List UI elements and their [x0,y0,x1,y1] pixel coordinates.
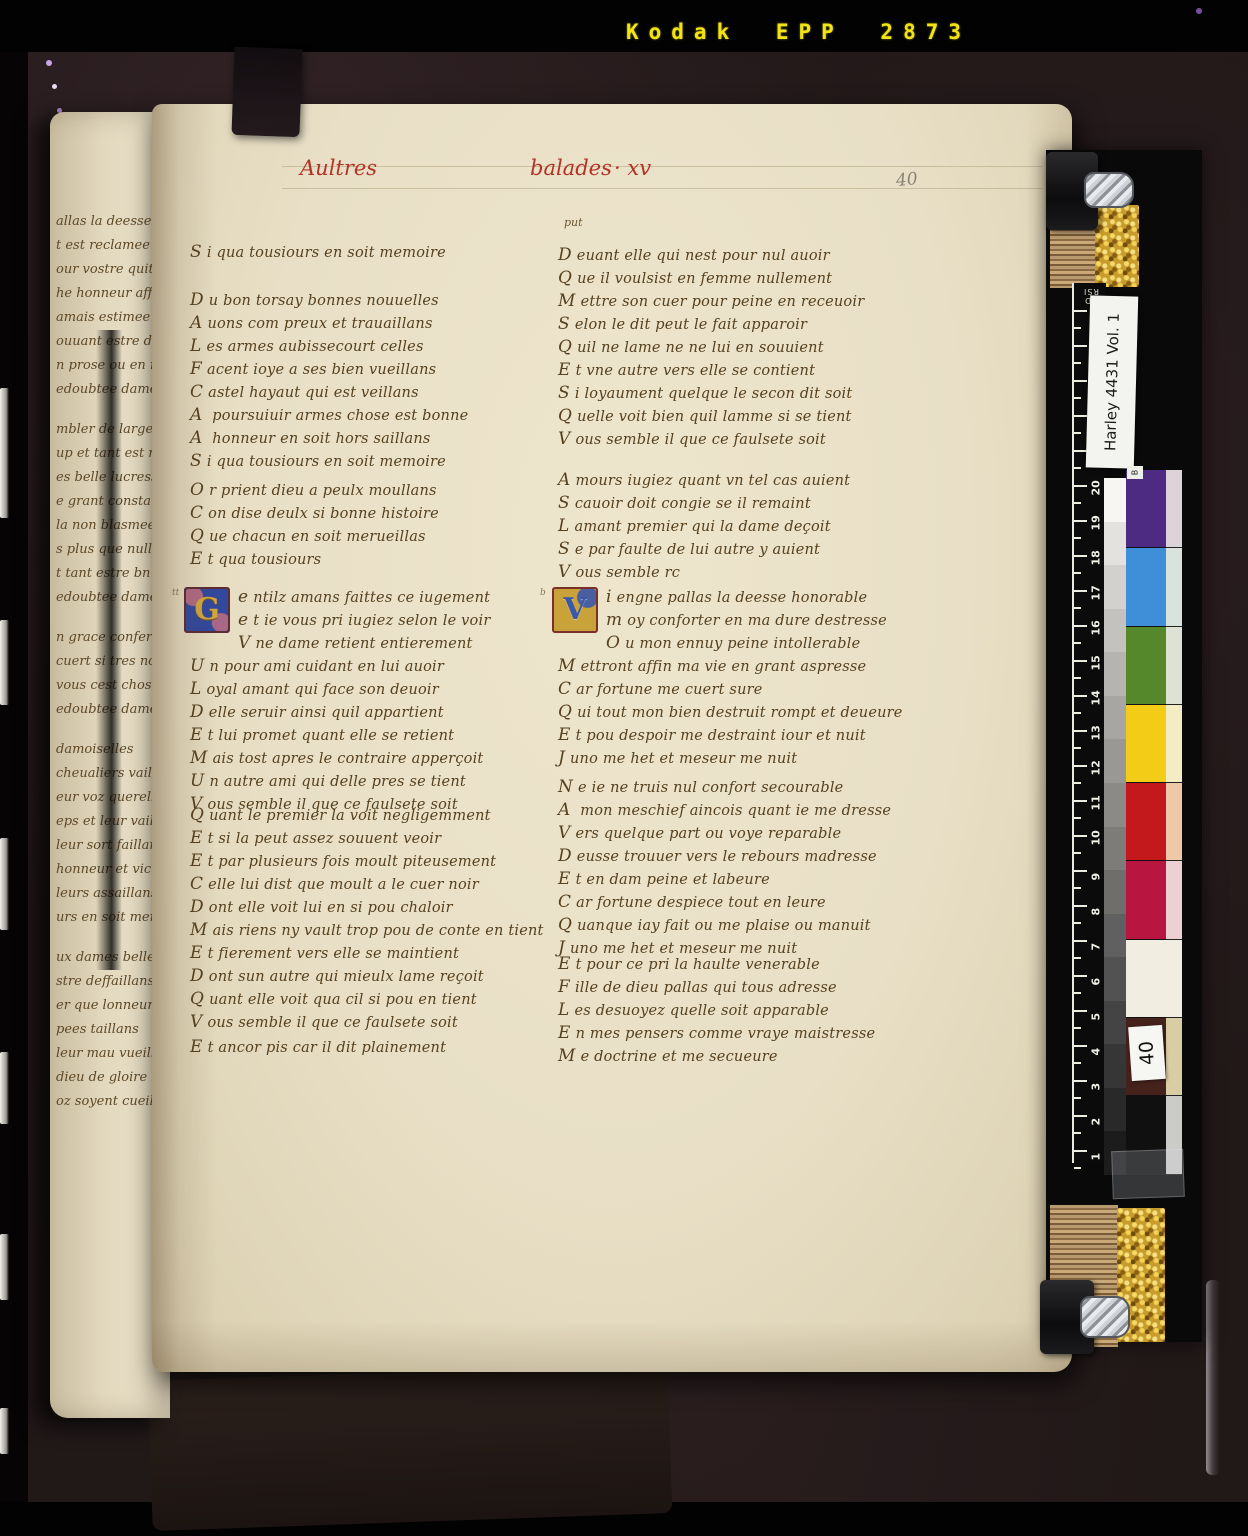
ruler-tick [1074,940,1087,942]
tape-strip [1111,1149,1185,1199]
film-edge-sliver [0,1408,9,1454]
ruler-tick [1074,485,1087,487]
ruler-tick [1074,1080,1087,1082]
ruler-tick [1074,870,1087,872]
ruler-number: 11 [1090,791,1103,811]
ruler-tick [1074,852,1081,854]
manuscript-line: Facent ioye a ses bien vueillans [190,358,565,381]
ruler-tick [1074,310,1087,312]
grayscale-step [1104,1088,1126,1132]
ruler-number: 14 [1090,686,1103,706]
manuscript-photo-scene: Kodak EPP 2873 allas la deesset est recl… [0,0,1248,1536]
felt-light-streak [1206,1280,1220,1475]
manuscript-line: Fille de dieu pallas qui tous adresse [558,976,933,999]
manuscript-line: Les armes aubissecourt celles [190,335,565,358]
manuscript-line: Et en dam peine et labeure [558,868,933,891]
patch-label-b-text: B [1131,470,1140,476]
manuscript-line: Dont sun autre qui mieulx lame reçoit [190,965,565,988]
stanza: Si qua tousiours en soit memoire [190,241,565,264]
pale-patch-yellow [1166,705,1182,783]
ruler-tick [1074,1010,1087,1012]
patch-label-b: B [1127,466,1143,479]
color-patch-row [1126,861,1182,939]
manuscript-line: Con dise deulx si bonne histoire [190,502,565,525]
ruler-tick [1074,415,1087,417]
color-patch-white [1126,940,1166,1018]
ruler-number: 19 [1090,511,1103,531]
manuscript-line: iengne pallas la deesse honorable [558,586,933,609]
ruler-tick [1074,782,1081,784]
clip-lever-bottom [1080,1296,1130,1338]
manuscript-line: Scauoir doit congie se il remaint [558,492,933,515]
ruler-tick [1074,817,1081,819]
rubric-heading-number: · xv [614,156,651,180]
stanza: Du bon torsay bonnes nouuellesAuons com … [190,289,565,473]
manuscript-line: Quil ne lame ne ne lui en souuient [558,336,933,359]
manuscript-line: Mais riens ny vault trop pou de conte en… [190,919,565,942]
color-patch-row [1126,627,1182,705]
manuscript-line: Selon le dit peut le fait apparoir [558,313,933,336]
ruler-tick [1074,800,1087,802]
ruler-number: 3 [1090,1071,1103,1091]
manuscript-line: Un autre ami qui delle pres se tient [190,770,565,793]
manuscript-line: Car fortune despiece tout en leure [558,891,933,914]
stanza: Quant le premier la voit negligemmentEt … [190,804,565,1034]
pale-patch-white [1166,940,1182,1018]
ruler-number: 16 [1090,616,1103,636]
ruler-number: 18 [1090,546,1103,566]
manuscript-line: Si qua tousiours en soit memoire [190,241,565,264]
manuscript-line: Ne ie ne truis nul confort secourable [558,776,933,799]
color-patch-row [1126,470,1182,548]
ruler-tick [1074,642,1081,644]
felt-fold [148,1363,673,1531]
grayscale-step [1104,696,1126,740]
manuscript-line: Quelle voit bien quil lamme si se tient [558,405,933,428]
ruler-number: 13 [1090,721,1103,741]
pale-patch-crimson [1166,861,1182,939]
manuscript-line: Vous semble il que ce faulsete soit [558,428,933,451]
film-edge-sliver [0,1234,9,1300]
pale-patch-green [1166,627,1182,705]
ruling-line [282,166,1042,167]
manuscript-line: Et lui promet quant elle se retient [190,724,565,747]
manuscript-line: Ou mon ennuy peine intollerable [558,632,933,655]
manuscript-line: Se par faulte de lui autre y auient [558,538,933,561]
illuminated-initial: G [184,587,230,633]
manuscript-line: Du bon torsay bonnes nouuelles [190,289,565,312]
grayscale-step [1104,827,1126,871]
film-edge-sliver [0,388,9,518]
stanza: ttGentilz amans faittes ce iugementet ie… [190,586,565,816]
ruler-tick [1074,975,1087,977]
stanza: Amours iugiez quant vn tel cas auientSca… [558,469,933,584]
manuscript-line: Mais tost apres le contraire apperçoit [190,747,565,770]
stanza: Deuant elle qui nest pour nul auoirQue i… [558,244,933,451]
manuscript-line: Et ancor pis car il dit plainement [190,1036,565,1059]
grayscale-step [1104,783,1126,827]
grayscale-step [1104,522,1126,566]
manuscript-line: Si qua tousiours en soit memoire [190,450,565,473]
manuscript-line: Un pour ami cuidant en lui auoir [190,655,565,678]
clip-lever-top [1084,172,1134,208]
manuscript-line: Et qua tousiours [190,548,565,571]
pale-patch-brown [1166,1018,1182,1096]
shelfmark-label: Harley 4431 Vol. 1 [1086,295,1138,468]
ruler-tick [1074,1115,1087,1117]
manuscript-line: et ie vous pri iugiez selon le voir [190,609,565,632]
stanza: bViengne pallas la deesse honorablemoy c… [558,586,933,770]
ruler-tick [1074,1132,1081,1134]
ruler-tick [1074,677,1081,679]
manuscript-line: Et fierement vers elle se maintient [190,942,565,965]
grayscale-column [1104,470,1126,1175]
grayscale-step [1104,914,1126,958]
ruler-tick [1074,1150,1087,1152]
grayscale-step [1104,478,1126,522]
manuscript-line: Juno me het et meseur me nuit [558,747,933,770]
grayscale-step [1104,652,1126,696]
manuscript-line: Que chacun en soit merueillas [190,525,565,548]
ruler-number: 2 [1090,1106,1103,1126]
manuscript-line: Dont elle voit lui en si pou chaloir [190,896,565,919]
ruler-tick [1074,1167,1081,1169]
ruler-number: 17 [1090,581,1103,601]
manuscript-line: Car fortune me cuert sure [558,678,933,701]
grayscale-step [1104,609,1126,653]
ruler-tick [1074,450,1087,452]
pale-patch-purple [1166,470,1182,548]
stanza: Or prient dieu a peulx moullansCon dise … [190,479,565,571]
manuscript-line: Qui tout mon bien destruit rompt et deue… [558,701,933,724]
manuscript-line: Auons com preux et trauaillans [190,312,565,335]
ruler-tick [1074,660,1087,662]
ruler-tick [1074,397,1081,399]
manuscript-line: Me doctrine et me secueure [558,1045,933,1068]
ruler-tick [1074,590,1087,592]
color-patch-row [1126,548,1182,626]
light-sparkle [1196,8,1202,14]
manuscript-line: Quant elle voit qua cil si pou en tient [190,988,565,1011]
folio-tag-label: 40 [1128,1025,1166,1081]
film-frame-top-band [0,0,1248,52]
manuscript-line: Et pou despoir me destraint iour et nuit [558,724,933,747]
manuscript-line: A mon meschief aincois quant ie me dress… [558,799,933,822]
manuscript-line: Vne dame retient entierement [190,632,565,655]
manuscript-line: Or prient dieu a peulx moullans [190,479,565,502]
color-patch-purple [1126,470,1166,548]
ruling-line [282,188,1042,189]
ruler-tick [1074,607,1081,609]
pale-patch-red [1166,783,1182,861]
manuscript-line: Et pour ce pri la haulte venerable [558,953,933,976]
manuscript-line: A poursuiuir armes chose est bonne [190,404,565,427]
manuscript-line: Lamant premier qui la dame deçoit [558,515,933,538]
ruler-number: 4 [1090,1036,1103,1056]
grayscale-step [1104,1044,1126,1088]
manuscript-line: En mes pensers comme vraye maistresse [558,1022,933,1045]
folio-tag-text: 40 [1135,1040,1159,1066]
manuscript-line: Si loyaument quelque le secon dit soit [558,382,933,405]
grayscale-step [1104,739,1126,783]
ruler-tick [1074,887,1081,889]
stanza: Ne ie ne truis nul confort secourableA m… [558,776,933,960]
ruler-tick [1074,712,1081,714]
ruler-number: 15 [1090,651,1103,671]
ruler-tick [1074,1062,1081,1064]
ruler-number: 10 [1090,826,1103,846]
ruler-tick [1074,957,1081,959]
manuscript-line: moy conforter en ma dure destresse [558,609,933,632]
color-patch-red [1126,783,1166,861]
light-sparkle [46,60,52,66]
ruler-tick [1074,362,1081,364]
manuscript-line: Mettront affin ma vie en grant aspresse [558,655,933,678]
manuscript-line: Vous semble il que ce faulsete soit [190,1011,565,1034]
ruler-number: 9 [1090,861,1103,881]
gilded-book-edge-top [1095,205,1139,287]
ruler-number: 20 [1090,476,1103,496]
film-edge-sliver [0,1052,9,1124]
grayscale-step [1104,1001,1126,1045]
ruler-tick [1074,747,1081,749]
ruler-tick [1074,380,1087,382]
ruler-tick [1074,730,1087,732]
manuscript-line: Les desuoyez quelle soit apparable [558,999,933,1022]
manuscript-line: Et si la peut assez souuent veoir [190,827,565,850]
gutter-shadow [96,330,122,970]
ruler-number: 6 [1090,966,1103,986]
ruler-tick [1074,1027,1081,1029]
color-patch-row [1126,783,1182,861]
ruler-tick [1074,520,1087,522]
manuscript-line: A honneur en soit hors saillans [190,427,565,450]
color-patch-blue [1126,548,1166,626]
color-patch-crimson [1126,861,1166,939]
ruler-number: 12 [1090,756,1103,776]
pale-patch-blue [1166,548,1182,626]
color-patch-row [1126,940,1182,1018]
grayscale-step [1104,565,1126,609]
manuscript-line: Mettre son cuer pour peine en receuoir [558,290,933,313]
ruler-tick [1074,625,1087,627]
guide-letter: tt [172,588,179,598]
manuscript-line: Vous semble rc [558,561,933,584]
ruler-tick [1074,502,1081,504]
manuscript-line: Quant le premier la voit negligemment [190,804,565,827]
manuscript-line: Celle lui dist que moult a le cuer noir [190,873,565,896]
manuscript-line: Quanque iay fait ou me plaise ou manuit [558,914,933,937]
film-edge-sliver [0,620,9,705]
color-patch-green [1126,627,1166,705]
manuscript-line: Deuant elle qui nest pour nul auoir [558,244,933,267]
ruler-tick [1074,572,1081,574]
ruler-tick [1074,1097,1081,1099]
rubric-heading-left: Aultres [300,156,377,180]
manuscript-line: Deusse trouuer vers le rebours madresse [558,845,933,868]
ruler-tick [1074,537,1081,539]
ruler-number: 8 [1090,896,1103,916]
grayscale-step [1104,870,1126,914]
color-patch-yellow [1126,705,1166,783]
manuscript-page: Aultres balades · xv 40 put Si qua tousi… [152,104,1072,1372]
ruler-number: 1 [1090,1141,1103,1161]
manuscript-line: Castel hayaut qui est veillans [190,381,565,404]
ruler-tick [1074,345,1087,347]
manuscript-line: Amours iugiez quant vn tel cas auient [558,469,933,492]
ruler-tick [1074,992,1081,994]
ruler-number: 5 [1090,1001,1103,1021]
manuscript-line: Et vne autre vers elle se contient [558,359,933,382]
color-patch-row [1126,705,1182,783]
ruler-tick [1074,905,1087,907]
ruler-tick [1074,765,1087,767]
ruler-tick [1074,695,1087,697]
catchword: put [564,216,583,229]
manuscript-line: Delle seruir ainsi quil appartient [190,701,565,724]
ruler-tick [1074,432,1081,434]
manuscript-line: Vers quelque part ou voye reparable [558,822,933,845]
ruler-tick [1074,327,1081,329]
ruler-tick [1074,835,1087,837]
manuscript-line: Que il voulsist en femme nullement [558,267,933,290]
ruler-tick [1074,555,1087,557]
stanza: Et pour ce pri la haulte venerableFille … [558,953,933,1068]
illuminated-initial: V [552,587,598,633]
shelfmark-label-text: Harley 4431 Vol. 1 [1101,313,1123,452]
folio-number: 40 [895,169,919,191]
stanza: Et ancor pis car il dit plainement [190,1036,565,1059]
manuscript-line: entilz amans faittes ce iugement [190,586,565,609]
grayscale-step [1104,957,1126,1001]
light-sparkle [52,84,57,89]
ruler-tick [1074,1045,1087,1047]
ruler-tick [1074,467,1081,469]
guide-letter: b [540,588,546,598]
ruler-number: 7 [1090,931,1103,951]
rubric-heading-center: balades [530,156,612,180]
fabric-strap [231,47,302,137]
manuscript-line: Et par plusieurs fois moult piteusement [190,850,565,873]
ruler-tick [1074,922,1081,924]
film-edge-sliver [0,838,9,930]
manuscript-line: Loyal amant qui face son deuoir [190,678,565,701]
film-brand-label: Kodak EPP 2873 [626,20,971,44]
